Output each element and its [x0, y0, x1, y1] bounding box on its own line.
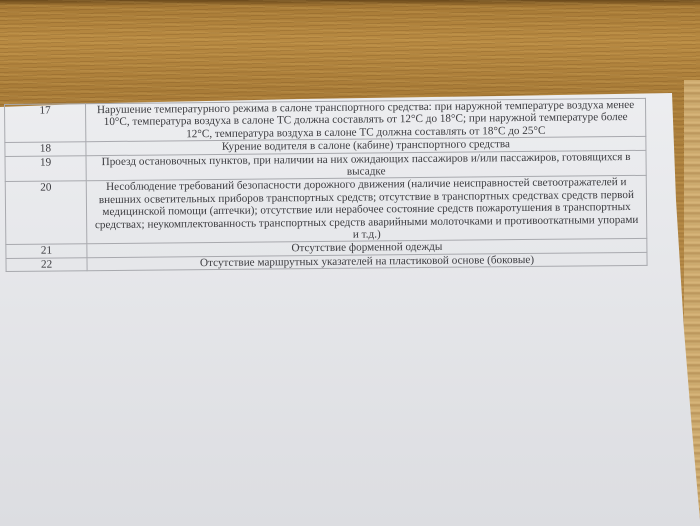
row-number: 19: [5, 155, 86, 182]
table-row: 20 Несоблюдение требований безопасности …: [5, 176, 647, 245]
row-number: 18: [5, 142, 86, 156]
violations-table: 17 Нарушение температурного режима в сал…: [4, 98, 648, 272]
table-row: 17 Нарушение температурного режима в сал…: [5, 98, 646, 142]
row-description: Несоблюдение требований безопасности дор…: [86, 176, 647, 244]
row-number: 22: [6, 258, 87, 272]
row-description: Нарушение температурного режима в салоне…: [86, 98, 646, 142]
row-number: 17: [5, 104, 86, 143]
row-number: 20: [5, 181, 87, 245]
row-number: 21: [6, 244, 87, 258]
